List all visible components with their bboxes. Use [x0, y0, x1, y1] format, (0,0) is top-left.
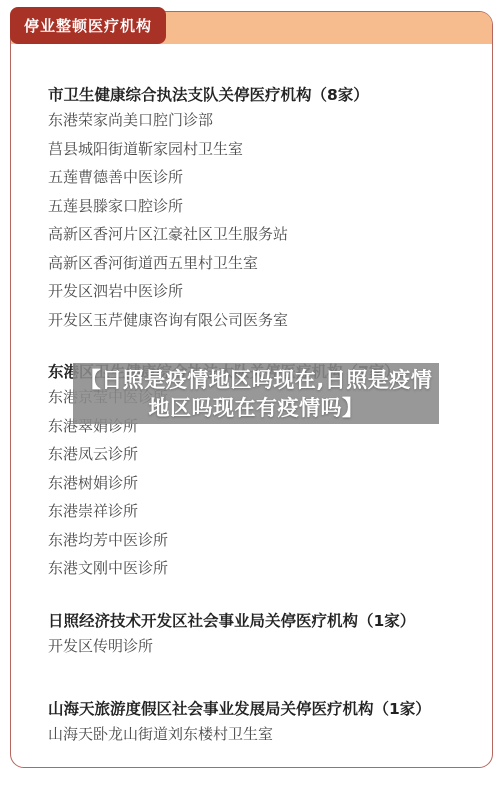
institution-list-item: 东港文刚中医诊所 — [48, 554, 474, 583]
section-title: 市卫生健康综合执法支队关停医疗机构（8家） — [48, 84, 474, 106]
institution-list-item: 开发区传明诊所 — [48, 632, 474, 661]
institution-list-item: 东港凤云诊所 — [48, 440, 474, 469]
section-title: 山海天旅游度假区社会事业发展局关停医疗机构（1家） — [48, 698, 474, 720]
section: 山海天旅游度假区社会事业发展局关停医疗机构（1家） 山海天卧龙山街道刘东楼村卫生… — [48, 698, 474, 749]
institution-list-item: 莒县城阳街道靳家园村卫生室 — [48, 135, 474, 164]
institution-list-item: 东港树娟诊所 — [48, 469, 474, 498]
section: 日照经济技术开发区社会事业局关停医疗机构（1家） 开发区传明诊所 — [48, 610, 474, 661]
institution-list-item: 高新区香河街道西五里村卫生室 — [48, 249, 474, 278]
institution-list-item: 五莲曹德善中医诊所 — [48, 163, 474, 192]
section-items: 山海天卧龙山街道刘东楼村卫生室 — [48, 720, 474, 749]
title-badge-label: 停业整顿医疗机构 — [24, 15, 152, 36]
institution-list-item: 开发区玉芹健康咨询有限公司医务室 — [48, 306, 474, 335]
section-items: 开发区传明诊所 — [48, 632, 474, 661]
institution-list-item: 东港均芳中医诊所 — [48, 526, 474, 555]
institution-list-item: 东港崇祥诊所 — [48, 497, 474, 526]
watermark-text-line2: 地区吗现在有疫情吗】 — [149, 394, 364, 422]
institution-list-item: 高新区香河片区江豪社区卫生服务站 — [48, 220, 474, 249]
watermark-overlay: 【日照是疫情地区吗现在,日照是疫情 地区吗现在有疫情吗】 — [73, 363, 439, 424]
title-badge: 停业整顿医疗机构 — [10, 7, 166, 44]
section-title: 日照经济技术开发区社会事业局关停医疗机构（1家） — [48, 610, 474, 632]
institution-list-item: 开发区泗岩中医诊所 — [48, 277, 474, 306]
section-items: 东港荣家尚美口腔门诊部莒县城阳街道靳家园村卫生室五莲曹德善中医诊所五莲县滕家口腔… — [48, 106, 474, 334]
institution-list-item: 东港荣家尚美口腔门诊部 — [48, 106, 474, 135]
institution-list-item: 山海天卧龙山街道刘东楼村卫生室 — [48, 720, 474, 749]
watermark-text-line1: 【日照是疫情地区吗现在,日照是疫情 — [80, 366, 432, 394]
section: 市卫生健康综合执法支队关停医疗机构（8家） 东港荣家尚美口腔门诊部莒县城阳街道靳… — [48, 84, 474, 334]
institution-list-item: 五莲县滕家口腔诊所 — [48, 192, 474, 221]
